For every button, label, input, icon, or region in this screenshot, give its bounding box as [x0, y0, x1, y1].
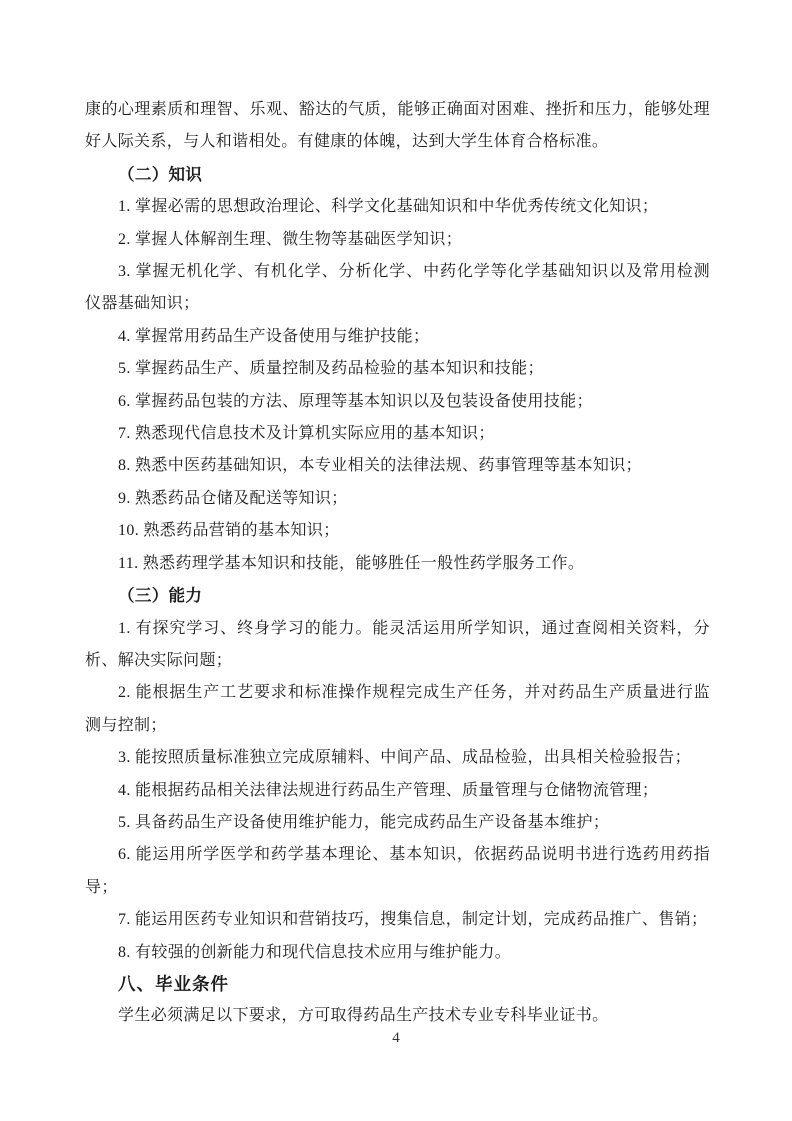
text-line: 6. 能运用所学医学和药学基本理论、基本知识，依据药品说明书进行选药用药指: [85, 839, 710, 871]
text-line: 3. 掌握无机化学、有机化学、分析化学、中药化学等化学基础知识以及常用检测: [85, 256, 710, 288]
text-line: 康的心理素质和理智、乐观、豁达的气质，能够正确面对困难、挫折和压力，能够处理: [85, 94, 710, 126]
text-line: 仪器基础知识；: [85, 288, 710, 320]
text-line: 3. 能按照质量标准独立完成原辅料、中间产品、成品检验，出具相关检验报告；: [85, 742, 710, 774]
text-line: 8. 熟悉中医药基础知识，本专业相关的法律法规、药事管理等基本知识；: [85, 450, 710, 482]
text-line: 2. 能根据生产工艺要求和标准操作规程完成生产任务，并对药品生产质量进行监: [85, 677, 710, 709]
text-line: 5. 掌握药品生产、质量控制及药品检验的基本知识和技能；: [85, 353, 710, 385]
text-line: 8. 有较强的创新能力和现代信息技术应用与维护能力。: [85, 937, 710, 969]
text-line: 9. 熟悉药品仓储及配送等知识；: [85, 483, 710, 515]
text-line: 好人际关系，与人和谐相处。有健康的体魄，达到大学生体育合格标准。: [85, 126, 710, 158]
text-line: 1. 有探究学习、终身学习的能力。能灵活运用所学知识，通过查阅相关资料，分: [85, 613, 710, 645]
text-line: 7. 能运用医药专业知识和营销技巧，搜集信息，制定计划，完成药品推广、售销；: [85, 904, 710, 936]
text-line: 测与控制；: [85, 710, 710, 742]
text-line: 5. 具备药品生产设备使用维护能力，能完成药品生产设备基本维护；: [85, 807, 710, 839]
page-number: 4: [0, 1030, 792, 1047]
text-line: 导；: [85, 872, 710, 904]
document-body: 康的心理素质和理智、乐观、豁达的气质，能够正确面对困难、挫折和压力，能够处理好人…: [85, 94, 710, 1032]
chapter-heading: 八、毕业条件: [85, 969, 710, 1000]
text-line: 6. 掌握药品包装的方法、原理等基本知识以及包装设备使用技能；: [85, 386, 710, 418]
document-page: 康的心理素质和理智、乐观、豁达的气质，能够正确面对困难、挫折和压力，能够处理好人…: [0, 0, 792, 1121]
text-line: 析、解决实际问题；: [85, 645, 710, 677]
text-line: 11. 熟悉药理学基本知识和技能，能够胜任一般性药学服务工作。: [85, 548, 710, 580]
text-line: 4. 掌握常用药品生产设备使用与维护技能；: [85, 321, 710, 353]
section-heading: （二）知识: [85, 159, 710, 191]
text-line: 4. 能根据药品相关法律法规进行药品生产管理、质量管理与仓储物流管理；: [85, 775, 710, 807]
text-line: 7. 熟悉现代信息技术及计算机实际应用的基本知识；: [85, 418, 710, 450]
text-line: 学生必须满足以下要求，方可取得药品生产技术专业专科毕业证书。: [85, 1000, 710, 1032]
text-line: 1. 掌握必需的思想政治理论、科学文化基础知识和中华优秀传统文化知识；: [85, 191, 710, 223]
section-heading: （三）能力: [85, 580, 710, 612]
text-line: 10. 熟悉药品营销的基本知识；: [85, 515, 710, 547]
text-line: 2. 掌握人体解剖生理、微生物等基础医学知识；: [85, 224, 710, 256]
